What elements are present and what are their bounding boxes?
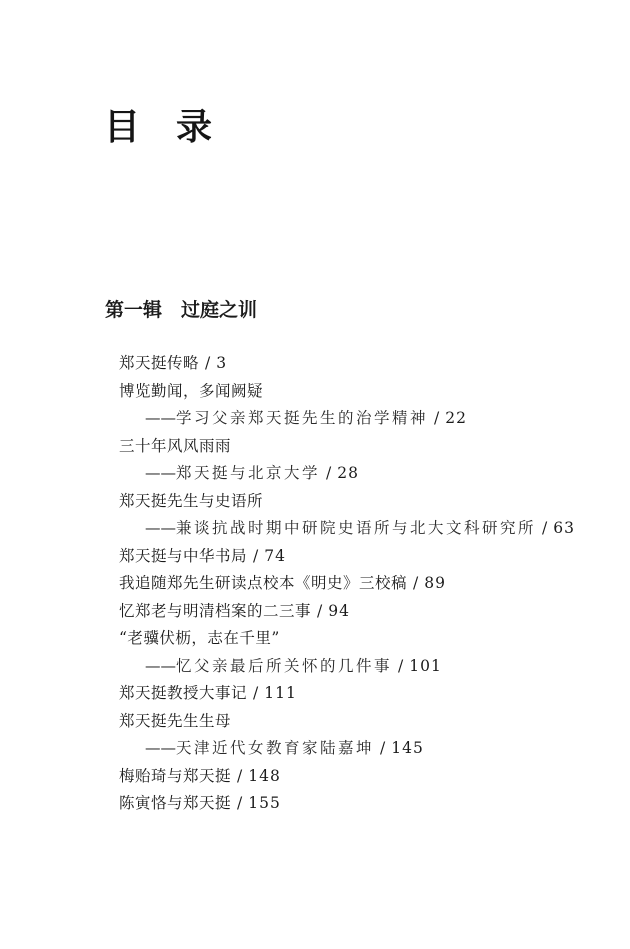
em-dash: —— — [145, 657, 176, 675]
toc-entry: 郑天挺先生与史语所 — [119, 488, 575, 516]
page-separator: / — [205, 354, 210, 372]
toc-entry: 郑天挺先生生母 — [119, 708, 575, 736]
toc-entry-page: 63 — [553, 519, 575, 537]
toc-entry: 郑天挺教授大事记/111 — [119, 680, 575, 708]
toc-entry: 陈寅恪与郑天挺/155 — [119, 790, 575, 818]
toc-entry-title: 忆郑老与明清档案的二三事 — [119, 602, 311, 620]
toc-entry-title: 兼谈抗战时期中研院史语所与北大文科研究所 — [176, 519, 536, 537]
toc-entry-title: 郑天挺先生生母 — [119, 712, 231, 730]
toc-entry: “老骥伏枥，志在千里” — [119, 625, 575, 653]
toc-entry-page: 22 — [445, 409, 467, 427]
toc-entry: 博览勤闻，多闻阙疑 — [119, 378, 575, 406]
page-separator: / — [237, 767, 242, 785]
toc-entry: 梅贻琦与郑天挺/148 — [119, 763, 575, 791]
toc-entry-page: 89 — [424, 574, 446, 592]
toc-entry-title: 郑天挺与北京大学 — [176, 464, 320, 482]
toc-entry-page: 3 — [216, 354, 227, 372]
page-separator: / — [237, 794, 242, 812]
toc-entry-page: 145 — [391, 739, 424, 757]
em-dash: —— — [145, 409, 176, 427]
toc-page: 目 录 第一辑 过庭之训 郑天挺传略/3 博览勤闻，多闻阙疑 ——学习父亲郑天挺… — [0, 0, 630, 949]
toc-entry-subtitle: ——兼谈抗战时期中研院史语所与北大文科研究所/63 — [119, 515, 575, 543]
toc-entry-title: 郑天挺传略 — [119, 354, 199, 372]
toc-entry-title: 郑天挺与中华书局 — [119, 547, 247, 565]
toc-entry-title: 我追随郑先生研读点校本《明史》三校稿 — [119, 574, 407, 592]
toc-entry-title: 博览勤闻，多闻阙疑 — [119, 382, 263, 400]
toc-entry-page: 111 — [264, 684, 297, 702]
toc-entry-subtitle: ——学习父亲郑天挺先生的治学精神/22 — [119, 405, 575, 433]
toc-entry-page: 148 — [248, 767, 281, 785]
toc-entry-page: 155 — [248, 794, 281, 812]
toc-entry-title: 天津近代女教育家陆嘉坤 — [176, 739, 374, 757]
toc-entry-subtitle: ——郑天挺与北京大学/28 — [119, 460, 575, 488]
toc-entry: 郑天挺传略/3 — [119, 350, 575, 378]
page-separator: / — [317, 602, 322, 620]
page-separator: / — [413, 574, 418, 592]
em-dash: —— — [145, 519, 176, 537]
toc-entry-title: 梅贻琦与郑天挺 — [119, 767, 231, 785]
em-dash: —— — [145, 464, 176, 482]
page-separator: / — [253, 547, 258, 565]
toc-entry: 我追随郑先生研读点校本《明史》三校稿/89 — [119, 570, 575, 598]
toc-entry-title: “老骥伏枥，志在千里” — [119, 629, 280, 647]
toc-entry-page: 101 — [409, 657, 442, 675]
page-separator: / — [398, 657, 403, 675]
toc-entry: 忆郑老与明清档案的二三事/94 — [119, 598, 575, 626]
toc-entry-page: 74 — [264, 547, 286, 565]
em-dash: —— — [145, 739, 176, 757]
page-separator: / — [380, 739, 385, 757]
toc-entry-page: 94 — [328, 602, 350, 620]
page-separator: / — [542, 519, 547, 537]
toc-entry: 三十年风风雨雨 — [119, 433, 575, 461]
toc-entry-title: 三十年风风雨雨 — [119, 437, 231, 455]
toc-entry-title: 陈寅恪与郑天挺 — [119, 794, 231, 812]
toc-entry-title: 学习父亲郑天挺先生的治学精神 — [176, 409, 428, 427]
toc-entry-page: 28 — [337, 464, 359, 482]
toc-entry-title: 郑天挺教授大事记 — [119, 684, 247, 702]
section-header: 第一辑 过庭之训 — [105, 300, 257, 321]
toc-entry-subtitle: ——天津近代女教育家陆嘉坤/145 — [119, 735, 575, 763]
toc-entry-title: 忆父亲最后所关怀的几件事 — [176, 657, 392, 675]
page-separator: / — [434, 409, 439, 427]
toc-list: 郑天挺传略/3 博览勤闻，多闻阙疑 ——学习父亲郑天挺先生的治学精神/22 三十… — [119, 350, 575, 818]
page-title: 目 录 — [104, 109, 212, 145]
page-separator: / — [253, 684, 258, 702]
toc-entry: 郑天挺与中华书局/74 — [119, 543, 575, 571]
page-separator: / — [326, 464, 331, 482]
toc-entry-subtitle: ——忆父亲最后所关怀的几件事/101 — [119, 653, 575, 681]
toc-entry-title: 郑天挺先生与史语所 — [119, 492, 263, 510]
